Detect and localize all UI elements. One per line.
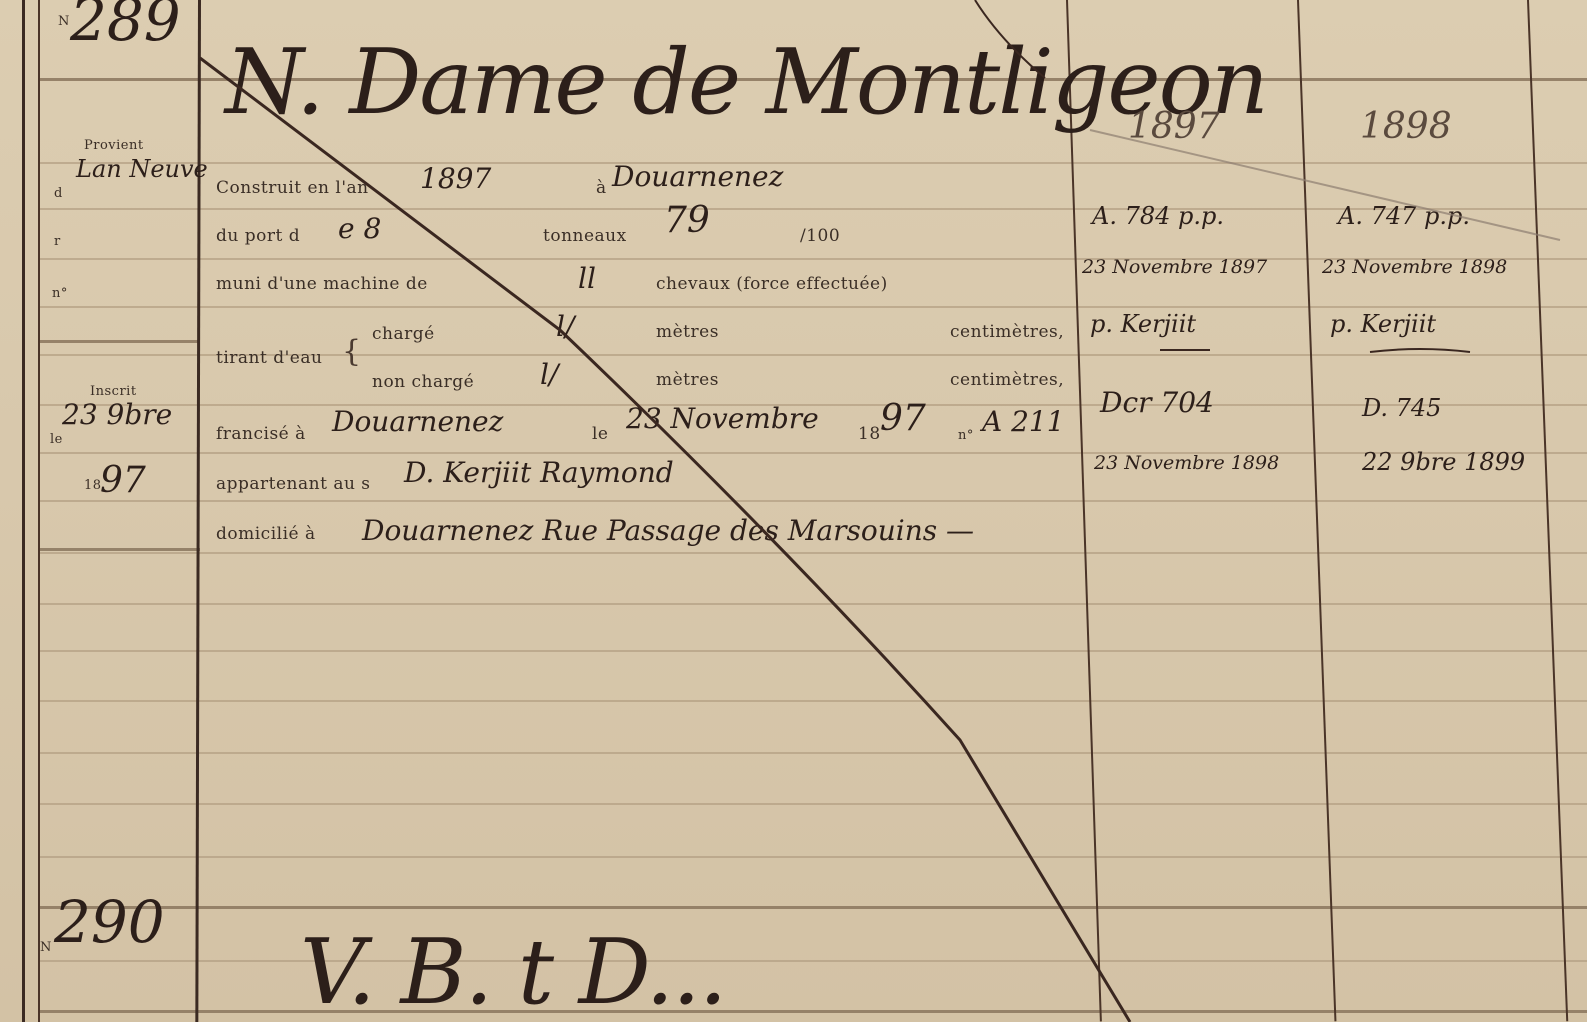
register-page: N 289 N. Dame de Montligeon Provient Lan… — [0, 0, 1587, 1022]
upper-curve-stroke — [975, 0, 1045, 78]
column-1898-dash — [1370, 349, 1470, 352]
pencil-line — [1090, 130, 1560, 240]
strike-through-overlay — [0, 0, 1587, 1022]
cancellation-diagonal-line — [200, 58, 1130, 1022]
